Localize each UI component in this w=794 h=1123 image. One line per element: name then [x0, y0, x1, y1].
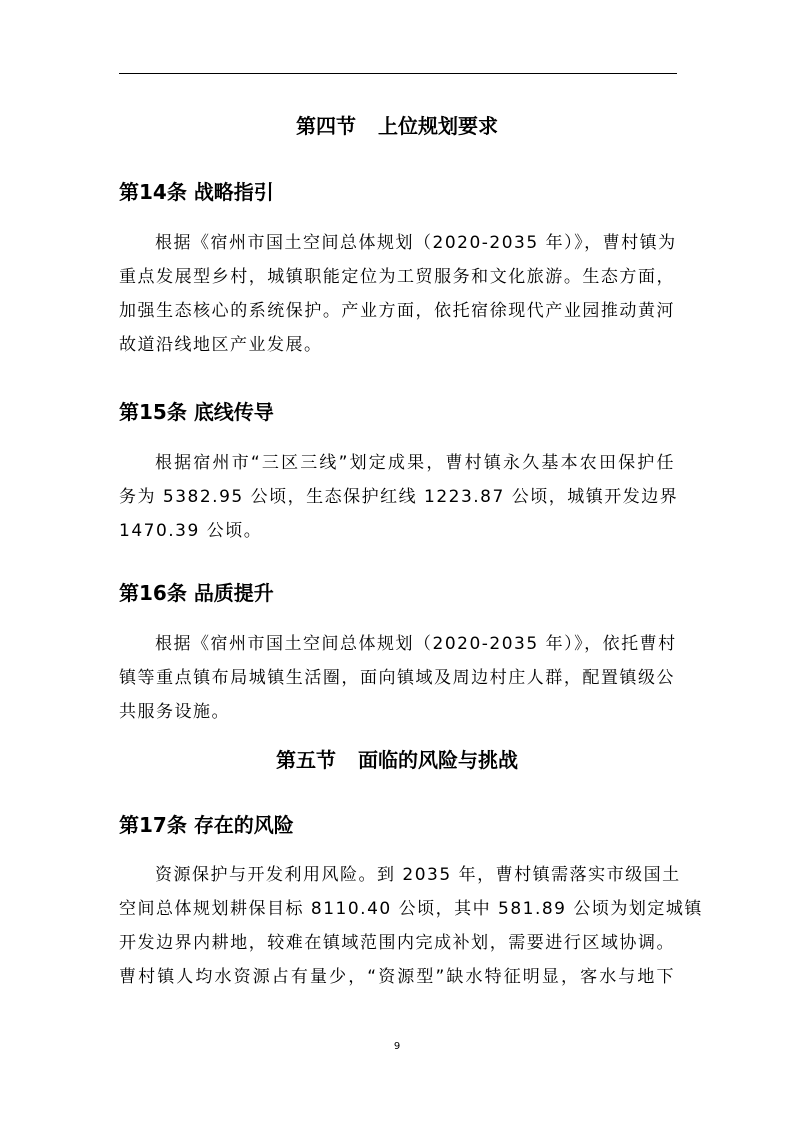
- paragraph-line: 根据《宿州市国土空间总体规划（2020-2035 年）》，依托曹村: [119, 627, 675, 661]
- section-number: 第五节: [276, 748, 336, 772]
- article-title-15: 第15条 底线传导: [119, 396, 274, 425]
- article-15-body: 根据宿州市“三区三线”划定成果，曹村镇永久基本农田保护任 务为 5382.95 …: [119, 446, 675, 548]
- page-number: 9: [0, 1041, 794, 1052]
- article-16-body: 根据《宿州市国土空间总体规划（2020-2035 年）》，依托曹村 镇等重点镇布…: [119, 627, 675, 729]
- section-title-4: 第四节上位规划要求: [0, 110, 794, 139]
- paragraph-line: 共服务设施。: [119, 695, 675, 729]
- paragraph-line: 镇等重点镇布局城镇生活圈，面向镇域及周边村庄人群，配置镇级公: [119, 661, 675, 695]
- paragraph-line: 根据宿州市“三区三线”划定成果，曹村镇永久基本农田保护任: [119, 446, 675, 480]
- paragraph-line: 务为 5382.95 公顷，生态保护红线 1223.87 公顷，城镇开发边界: [119, 480, 675, 514]
- header-rule: [119, 73, 677, 74]
- article-number: 第16条: [119, 581, 187, 605]
- paragraph-line: 故道沿线地区产业发展。: [119, 328, 675, 362]
- section-number: 第四节: [296, 114, 356, 138]
- article-heading: 底线传导: [194, 400, 274, 424]
- section-text: 上位规划要求: [378, 114, 498, 138]
- section-text: 面临的风险与挑战: [358, 748, 518, 772]
- paragraph-line: 空间总体规划耕保目标 8110.40 公顷，其中 581.89 公顷为划定城镇: [119, 892, 675, 926]
- paragraph-line: 1470.39 公顷。: [119, 514, 675, 548]
- article-number: 第15条: [119, 400, 187, 424]
- article-title-17: 第17条 存在的风险: [119, 809, 294, 838]
- paragraph-line: 加强生态核心的系统保护。产业方面，依托宿徐现代产业园推动黄河: [119, 294, 675, 328]
- article-number: 第14条: [119, 180, 187, 204]
- paragraph-line: 重点发展型乡村，城镇职能定位为工贸服务和文化旅游。生态方面，: [119, 260, 675, 294]
- paragraph-line: 曹村镇人均水资源占有量少，“资源型”缺水特征明显，客水与地下: [119, 960, 675, 994]
- article-14-body: 根据《宿州市国土空间总体规划（2020-2035 年）》，曹村镇为 重点发展型乡…: [119, 226, 675, 362]
- section-title-5: 第五节面临的风险与挑战: [0, 744, 794, 773]
- article-17-body: 资源保护与开发利用风险。到 2035 年，曹村镇需落实市级国土 空间总体规划耕保…: [119, 858, 675, 994]
- article-heading: 存在的风险: [194, 813, 294, 837]
- paragraph-line: 开发边界内耕地，较难在镇域范围内完成补划，需要进行区域协调。: [119, 926, 675, 960]
- article-number: 第17条: [119, 813, 187, 837]
- article-heading: 战略指引: [194, 180, 274, 204]
- article-heading: 品质提升: [194, 581, 274, 605]
- paragraph-line: 资源保护与开发利用风险。到 2035 年，曹村镇需落实市级国土: [119, 858, 675, 892]
- paragraph-line: 根据《宿州市国土空间总体规划（2020-2035 年）》，曹村镇为: [119, 226, 675, 260]
- article-title-16: 第16条 品质提升: [119, 577, 274, 606]
- article-title-14: 第14条 战略指引: [119, 176, 274, 205]
